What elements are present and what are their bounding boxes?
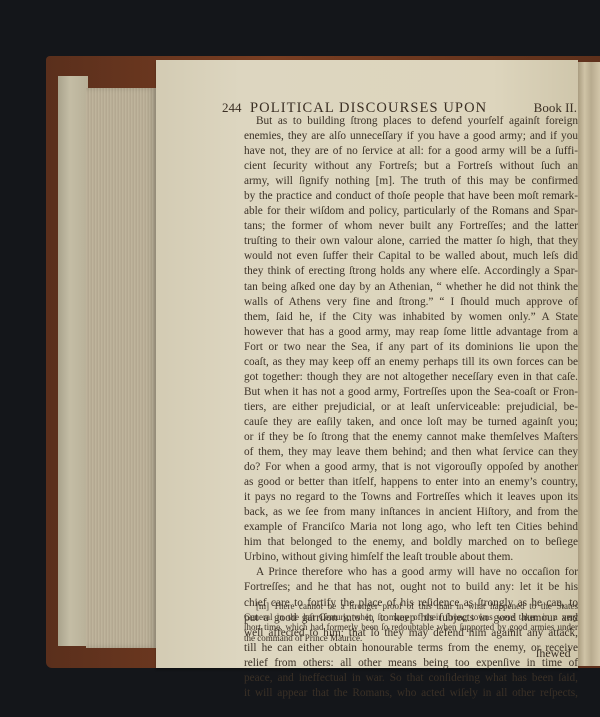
text-line: by the practice and conduct of thoſe peo… (244, 189, 578, 204)
text-line: as good or better than itſelf, happens t… (244, 475, 578, 490)
text-line: relief from others: all other means bein… (244, 656, 578, 671)
text-line: back, as we ſee from many inſtances in a… (244, 505, 578, 520)
text-line: able for their wiſdom and policy, partic… (244, 204, 578, 219)
text-line: do? For when a good army, that is not vi… (244, 460, 578, 475)
text-line: would not even ſuffer their Capital to b… (244, 249, 578, 264)
text-line: they think of erecting ſtrong holds any … (244, 264, 578, 279)
text-line: peace, and ineffectual in war. So that c… (244, 671, 578, 686)
text-line: Fort or two near the Sea, if any part of… (244, 340, 578, 355)
page-number: 244 (222, 100, 242, 116)
text-line: cauſe they are eaſily taken, and once lo… (244, 415, 578, 430)
text-line: cient ſecurity without any Fortreſs; but… (244, 159, 578, 174)
text-line: him that belonged to the enemy, and bold… (244, 535, 578, 550)
text-line: it will appear that the Romans, who acte… (244, 686, 578, 701)
text-line: enemies, they are alſo unneceſſary if yo… (244, 129, 578, 144)
text-line: them, ſaid he, if the City was inhabited… (244, 310, 578, 325)
text-line: A Prince therefore who has a good army w… (244, 565, 578, 580)
text-line: Urbino, without giving himſelf the leaſt… (244, 550, 578, 565)
facing-page-gutter (578, 62, 600, 666)
text-line: got together: though they are not altoge… (244, 370, 578, 385)
text-line: tan being aſked one day by an Athenian, … (244, 280, 578, 295)
text-line: Fortreſſes; and he that has not, ought n… (244, 580, 578, 595)
text-line: army, will ſignify nothing [m]. The trut… (244, 174, 578, 189)
footnote: [m] There cannot be a ſtronger proof of … (244, 601, 578, 643)
text-line: But as to building ſtrong places to defe… (244, 114, 578, 129)
text-line: it pays no regard to the Towns and Fortr… (244, 490, 578, 505)
text-line: But when it has not a good army, Fortreſ… (244, 385, 578, 400)
text-line: walls of Athens very fine and ſtrong.” “… (244, 295, 578, 310)
footnote-line: the command of Prince Maurice. (244, 633, 578, 644)
footnote-line: General in the laſt Century, when ſo man… (244, 612, 578, 623)
text-line: truſting to their own valour alone, carr… (244, 234, 578, 249)
flyleaf (58, 76, 88, 646)
text-line: however that has a good army, may reap ſ… (244, 325, 578, 340)
footnote-line: ſhort time, which had formerly been ſo r… (244, 622, 578, 633)
text-line: coaſt, as they may keep off an enemy per… (244, 355, 578, 370)
text-line: or if they be ſo ſtrong that the enemy c… (244, 430, 578, 445)
catchword: ſhewed (536, 646, 571, 661)
text-line: have not, they are of no ſervice at all:… (244, 144, 578, 159)
text-line: of them, they may leave them behind; and… (244, 445, 578, 460)
page-edges (86, 88, 156, 648)
text-line: example of Franciſco Maria not long ago,… (244, 520, 578, 535)
footnote-line: [m] There cannot be a ſtronger proof of … (244, 601, 578, 612)
text-line: tans; the former of whom never built any… (244, 219, 578, 234)
text-line: tiers, are either prejudicial, or at lea… (244, 400, 578, 415)
